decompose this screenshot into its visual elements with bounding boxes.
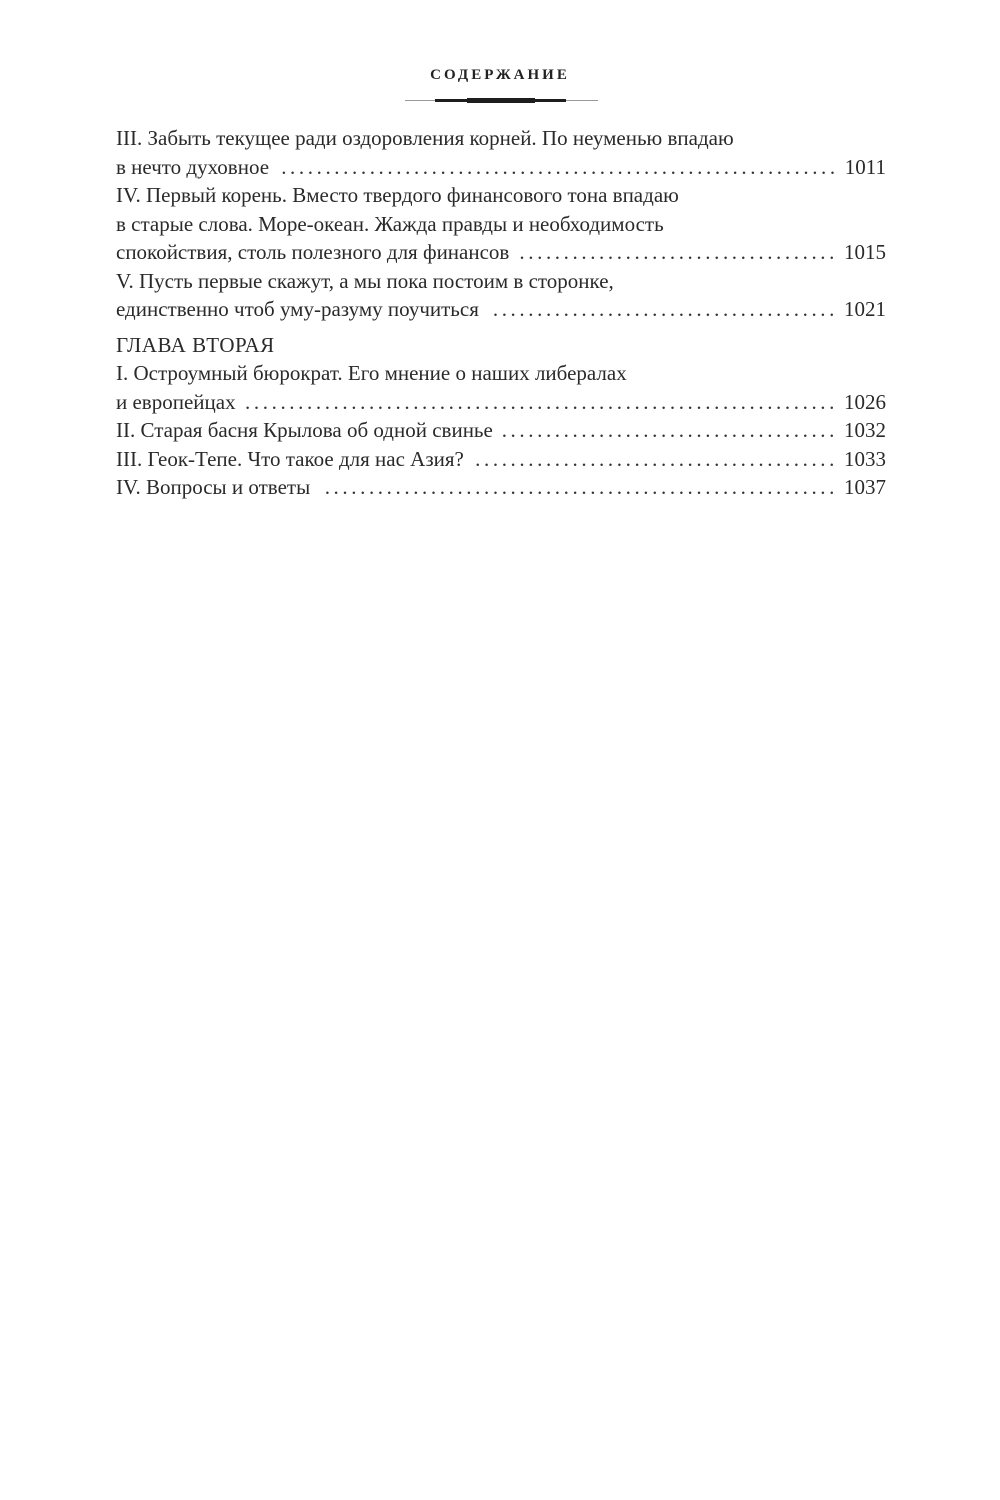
toc-entry-text: в нечто духовное <box>116 153 269 182</box>
toc-entry-text: в старые слова. Море-океан. Жажда правды… <box>116 210 886 239</box>
page-number: 1026 <box>844 388 886 417</box>
page-header: СОДЕРЖАНИЕ <box>0 66 1000 84</box>
toc-entry[interactable]: I. Остроумный бюрократ. Его мнение о наш… <box>116 359 886 416</box>
ornamental-divider <box>405 98 598 103</box>
chapter-heading: ГЛАВА ВТОРАЯ <box>116 331 886 360</box>
toc-entry-text: I. Остроумный бюрократ. Его мнение о наш… <box>116 359 886 388</box>
toc-entry[interactable]: II. Старая басня Крылова об одной свинье… <box>116 416 886 445</box>
toc-entry[interactable]: V. Пусть первые скажут, а мы пока постои… <box>116 267 886 324</box>
toc-entry[interactable]: IV. Вопросы и ответы ...................… <box>116 473 886 502</box>
toc-entry[interactable]: IV. Первый корень. Вместо твердого финан… <box>116 181 886 267</box>
dot-leader: ........................................… <box>489 295 838 324</box>
toc-entry-text: V. Пусть первые скажут, а мы пока постои… <box>116 267 886 296</box>
dot-leader: ........................................… <box>503 416 838 445</box>
page-number: 1015 <box>844 238 886 267</box>
toc-entry-text: спокойствия, столь полезного для финансо… <box>116 238 509 267</box>
toc-entry-text: II. Старая басня Крылова об одной свинье <box>116 416 493 445</box>
dot-leader: ........................................… <box>320 473 838 502</box>
dot-leader: ........................................… <box>246 388 838 417</box>
toc-entry-text: и европейцах <box>116 388 236 417</box>
dot-leader: ........................................… <box>519 238 838 267</box>
toc-entry[interactable]: III. Геок-Тепе. Что такое для нас Азия? … <box>116 445 886 474</box>
dot-leader: ........................................… <box>474 445 838 474</box>
toc-entry-text: IV. Первый корень. Вместо твердого финан… <box>116 181 886 210</box>
table-of-contents: III. Забыть текущее ради оздоровления ко… <box>116 124 886 502</box>
toc-entry-text: единственно чтоб уму-разуму поучиться <box>116 295 479 324</box>
page-title: СОДЕРЖАНИЕ <box>430 67 570 83</box>
toc-entry[interactable]: III. Забыть текущее ради оздоровления ко… <box>116 124 886 181</box>
page-number: 1032 <box>844 416 886 445</box>
page-number: 1033 <box>844 445 886 474</box>
page-number: 1037 <box>844 473 886 502</box>
page-number: 1011 <box>845 153 886 182</box>
page-number: 1021 <box>844 295 886 324</box>
toc-entry-text: III. Забыть текущее ради оздоровления ко… <box>116 124 886 153</box>
dot-leader: ........................................… <box>279 153 839 182</box>
toc-entry-text: IV. Вопросы и ответы <box>116 473 310 502</box>
toc-entry-text: III. Геок-Тепе. Что такое для нас Азия? <box>116 445 464 474</box>
